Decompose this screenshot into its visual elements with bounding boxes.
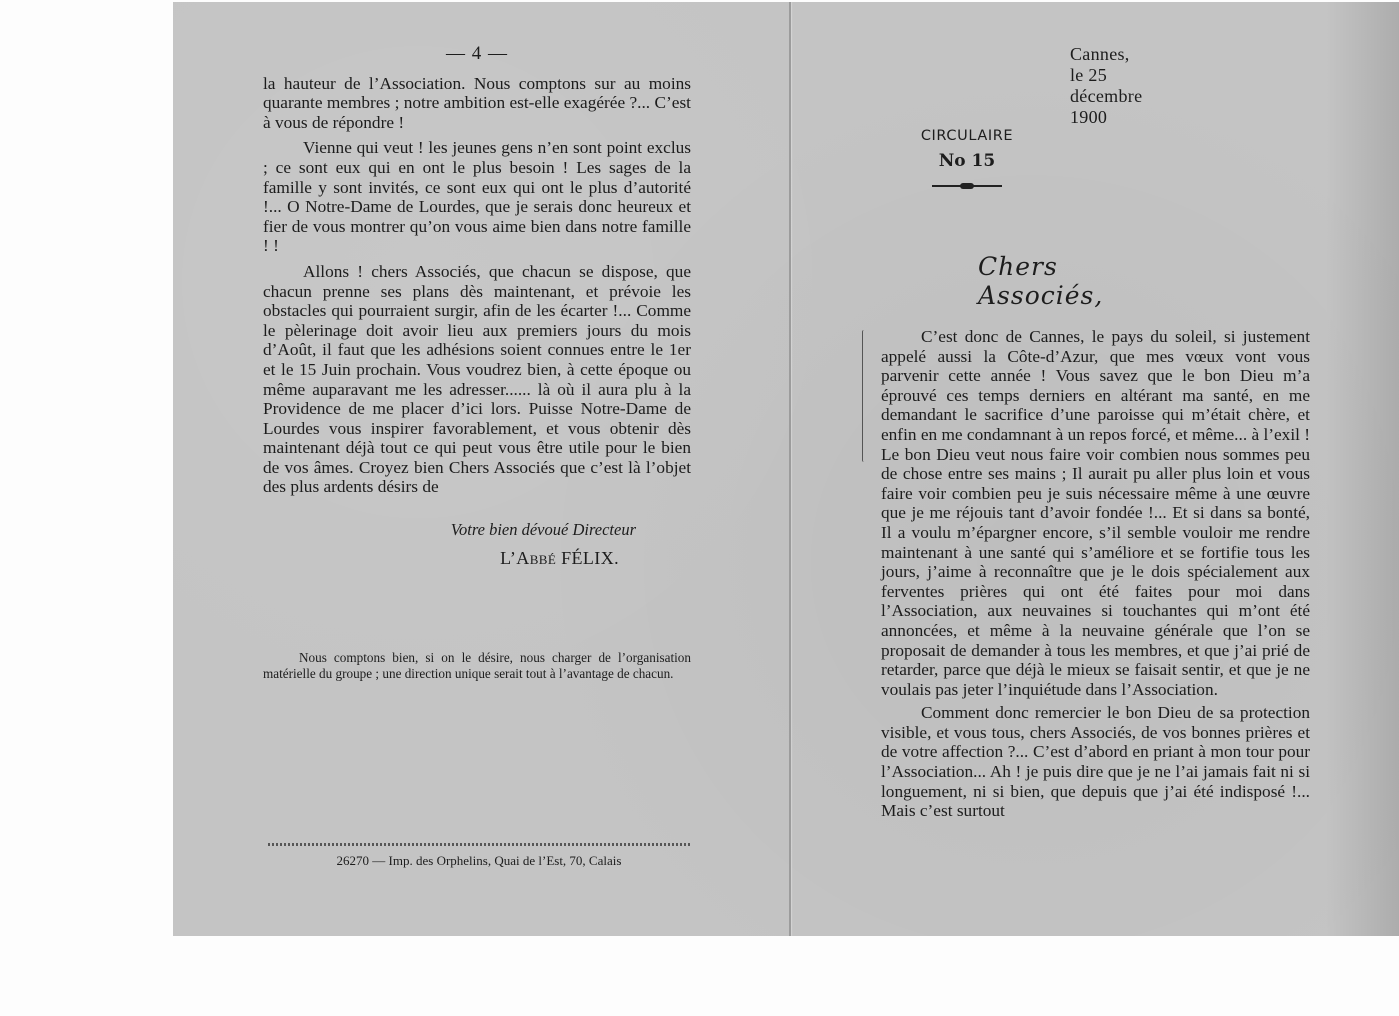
ornament-divider-icon <box>932 185 1002 187</box>
paragraph: Allons ! chers Associés, que chacun se d… <box>263 262 691 497</box>
circular-number: No 15 <box>912 151 1022 171</box>
printer-imprint: 26270 — Imp. des Orphelins, Quai de l’Es… <box>268 853 690 869</box>
center-fold <box>789 2 791 936</box>
footnote-text: Nous comptons bien, si on le désire, nou… <box>263 650 691 682</box>
margin-pencil-mark <box>862 330 866 462</box>
date-line: Cannes, le 25 décembre 1900 <box>1070 44 1142 128</box>
signature-name: FÉLIX. <box>561 548 619 568</box>
circular-label: CIRCULAIRE <box>912 128 1022 144</box>
footnote: Nous comptons bien, si on le désire, nou… <box>263 650 691 682</box>
signature-title: L’Abbé <box>500 548 556 568</box>
right-page-body: C’est donc de Cannes, le pays du soleil,… <box>881 327 1310 825</box>
signoff: Votre bien dévoué Directeur <box>263 520 636 540</box>
page-number: — 4 — <box>263 44 691 64</box>
paragraph: la hauteur de l’Association. Nous compto… <box>263 74 691 133</box>
signature: L’Abbé FÉLIX. <box>263 549 619 569</box>
left-page-body: — 4 — la hauteur de l’Association. Nous … <box>263 44 691 568</box>
paragraph: C’est donc de Cannes, le pays du soleil,… <box>881 327 1310 699</box>
salutation: Chers Associés, <box>978 252 1103 310</box>
decorative-rule <box>268 843 690 846</box>
paragraph: Comment donc remercier le bon Dieu de sa… <box>881 703 1310 821</box>
paragraph: Vienne qui veut ! les jeunes gens n’en s… <box>263 138 691 256</box>
